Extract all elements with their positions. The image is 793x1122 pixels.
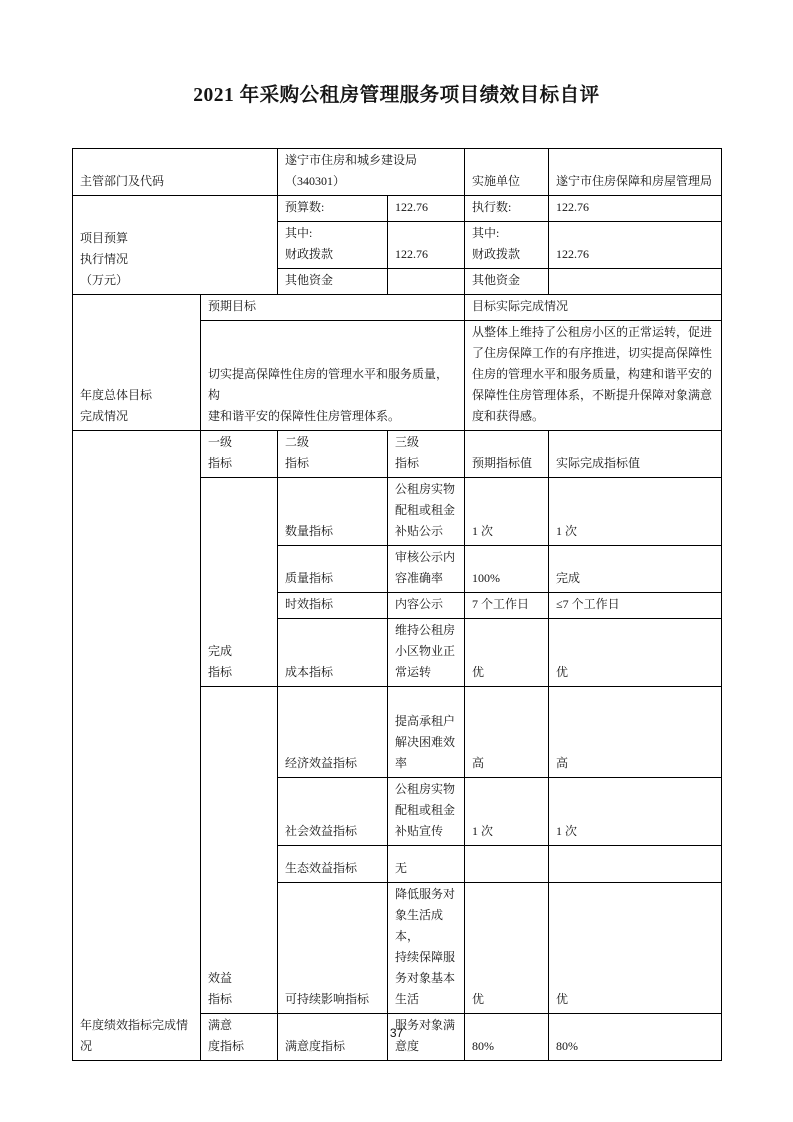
indicator-l2-cell: 时效指标	[278, 593, 388, 619]
indicator-l2-cell: 生态效益指标	[278, 846, 388, 883]
indicator-expected-cell: 1 次	[465, 478, 549, 546]
indicator-l2-cell: 经济效益指标	[278, 687, 388, 778]
budget-fiscal-label-cell: 其中: 财政拨款	[278, 222, 388, 269]
budget-fiscal-value-cell-2: 122.76	[549, 222, 722, 269]
actual-value-header-cell: 实际完成指标值	[549, 431, 722, 478]
budget-label-cell: 项目预算 执行情况 （万元）	[73, 196, 278, 295]
indicator-actual-cell: ≤7 个工作日	[549, 593, 722, 619]
indicator-actual-cell	[549, 846, 722, 883]
expected-goal-text-cell: 切实提高保障性住房的管理水平和服务质量，构 建和谐平安的保障性住房管理体系。	[201, 321, 465, 431]
level3-header-cell: 三级 指标	[388, 431, 465, 478]
indicator-expected-cell	[465, 846, 549, 883]
level2-header-cell: 二级 指标	[278, 431, 388, 478]
actual-goal-header-cell: 目标实际完成情况	[465, 295, 722, 321]
budget-exec-label-cell: 执行数:	[465, 196, 549, 222]
expected-value-header-cell: 预期指标值	[465, 431, 549, 478]
table-row-goal-header: 年度总体目标 完成情况 预期目标 目标实际完成情况	[73, 295, 722, 321]
indicator-l3-cell: 无	[388, 846, 465, 883]
budget-fiscal-label-cell-2: 其中: 财政拨款	[465, 222, 549, 269]
indicator-l2-cell: 成本指标	[278, 619, 388, 687]
indicator-expected-cell: 优	[465, 619, 549, 687]
indicator-l3-cell: 降低服务对 象生活成本， 持续保障服 务对象基本 生活	[388, 883, 465, 1014]
dept-value-cell: 遂宁市住房和城乡建设局 （340301）	[278, 149, 465, 196]
indicator-actual-cell: 高	[549, 687, 722, 778]
indicator-actual-cell: 1 次	[549, 778, 722, 846]
indicator-expected-cell: 高	[465, 687, 549, 778]
indicator-l3-cell: 提高承租户 解决困难效 率	[388, 687, 465, 778]
indicator-expected-cell: 7 个工作日	[465, 593, 549, 619]
dept-label-cell: 主管部门及代码	[73, 149, 278, 196]
annual-goal-label-cell: 年度总体目标 完成情况	[73, 295, 201, 431]
document-page: 2021 年采购公租房管理服务项目绩效目标自评 主管部门及代码 遂宁市住房和城乡…	[0, 0, 793, 1122]
budget-plan-label-cell: 预算数:	[278, 196, 388, 222]
page-number: 37	[0, 1026, 793, 1040]
indicator-actual-cell: 优	[549, 619, 722, 687]
table-row-department: 主管部门及代码 遂宁市住房和城乡建设局 （340301） 实施单位 遂宁市住房保…	[73, 149, 722, 196]
indicator-l3-cell: 内容公示	[388, 593, 465, 619]
budget-other-label-cell-2: 其他资金	[465, 269, 549, 295]
group-completion-label-cell: 完成 指标	[201, 478, 278, 687]
indicator-expected-cell: 优	[465, 883, 549, 1014]
budget-plan-value-cell: 122.76	[388, 196, 465, 222]
indicator-l3-cell: 审核公示内 容准确率	[388, 546, 465, 593]
indicator-expected-cell: 1 次	[465, 778, 549, 846]
indicator-l2-cell: 可持续影响指标	[278, 883, 388, 1014]
budget-other-value-cell-2	[549, 269, 722, 295]
level1-header-cell: 一级 指标	[201, 431, 278, 478]
indicator-l2-cell: 质量指标	[278, 546, 388, 593]
indicators-label-cell: 年度绩效指标完成情 况	[73, 431, 201, 1061]
budget-exec-value-cell: 122.76	[549, 196, 722, 222]
indicator-l3-cell: 公租房实物 配租或租金 补贴公示	[388, 478, 465, 546]
budget-other-value-cell	[388, 269, 465, 295]
indicator-l3-cell: 维持公租房 小区物业正 常运转	[388, 619, 465, 687]
table-row-indicator-header: 年度绩效指标完成情 况 一级 指标 二级 指标 三级 指标 预期指标值 实际完成…	[73, 431, 722, 478]
indicator-actual-cell: 1 次	[549, 478, 722, 546]
page-title: 2021 年采购公租房管理服务项目绩效目标自评	[0, 82, 793, 110]
table-row-budget-1: 项目预算 执行情况 （万元） 预算数: 122.76 执行数: 122.76	[73, 196, 722, 222]
performance-evaluation-table: 主管部门及代码 遂宁市住房和城乡建设局 （340301） 实施单位 遂宁市住房保…	[72, 148, 722, 1061]
indicator-actual-cell: 完成	[549, 546, 722, 593]
indicator-actual-cell: 优	[549, 883, 722, 1014]
impl-unit-value-cell: 遂宁市住房保障和房屋管理局	[549, 149, 722, 196]
budget-other-label-cell: 其他资金	[278, 269, 388, 295]
budget-fiscal-value-cell: 122.76	[388, 222, 465, 269]
indicator-l2-cell: 数量指标	[278, 478, 388, 546]
actual-goal-text-cell: 从整体上维持了公租房小区的正常运转，促进 了住房保障工作的有序推进，切实提高保障…	[465, 321, 722, 431]
impl-unit-label-cell: 实施单位	[465, 149, 549, 196]
expected-goal-header-cell: 预期目标	[201, 295, 465, 321]
indicator-l2-cell: 社会效益指标	[278, 778, 388, 846]
indicator-expected-cell: 100%	[465, 546, 549, 593]
indicator-l3-cell: 公租房实物 配租或租金 补贴宣传	[388, 778, 465, 846]
group-benefit-label-cell: 效益 指标	[201, 687, 278, 1014]
